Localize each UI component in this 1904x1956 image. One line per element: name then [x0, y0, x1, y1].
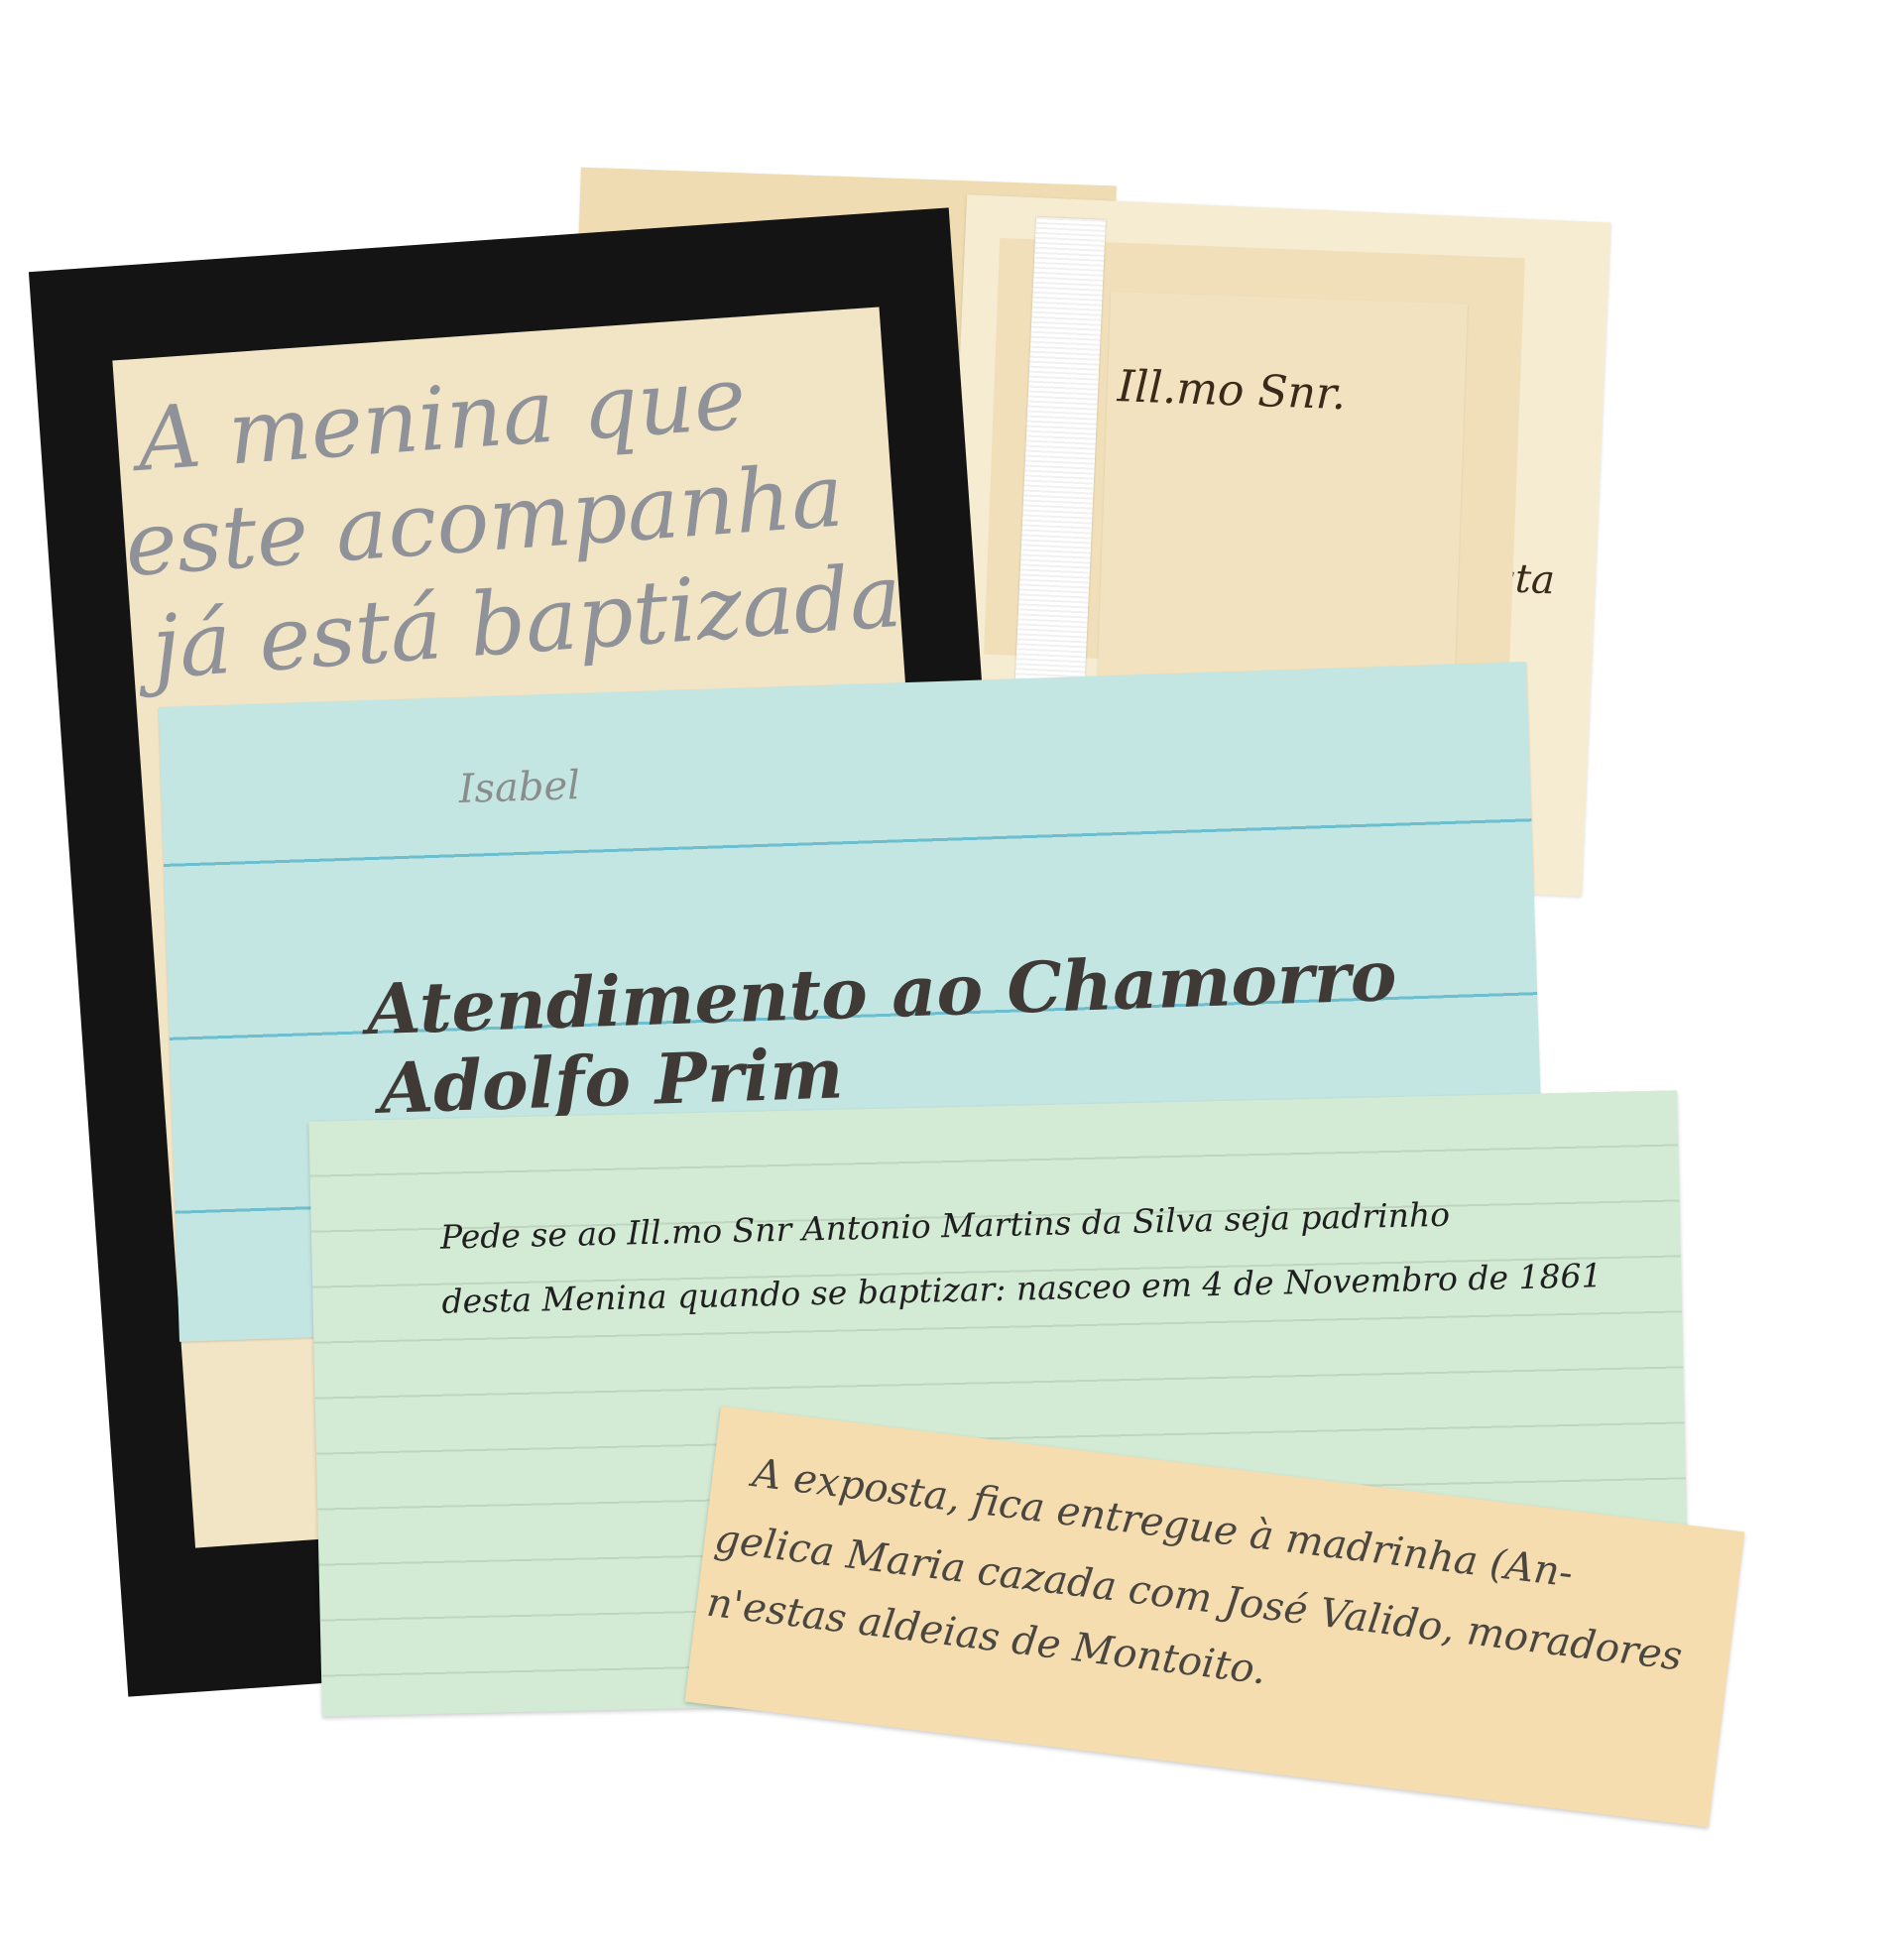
back-letter-salutation: Ill.mo Snr.: [1117, 361, 1347, 420]
letter-line: Pede se ao Ill.mo Snr Antonio Martins da…: [440, 1195, 1451, 1257]
letter-line: desta Menina quando se baptizar: nasceo …: [441, 1256, 1603, 1321]
faint-signature: Isabel: [458, 763, 581, 812]
card-line: Atendimento ao Chamorro: [366, 934, 1398, 1050]
